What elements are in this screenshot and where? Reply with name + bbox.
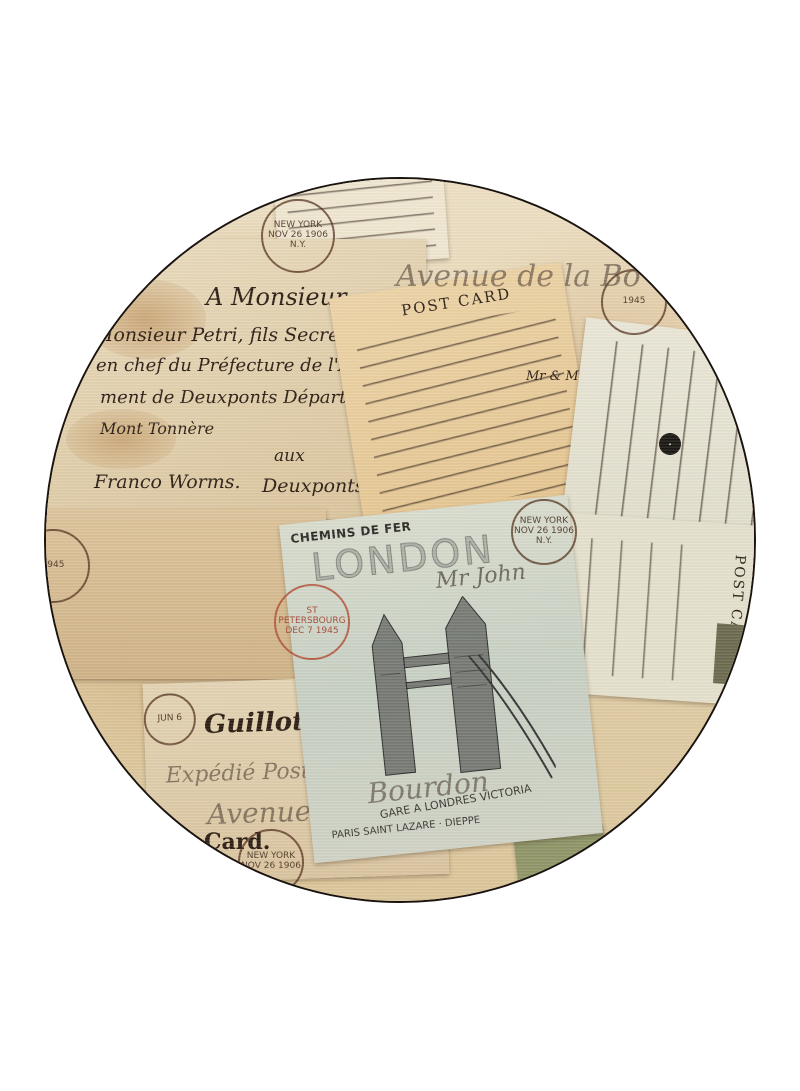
postmark: NEW YORK NOV 26 1906 N.Y.: [261, 199, 335, 273]
brand-logo-icon: ◆: [659, 433, 681, 455]
london-footer-left: PARIS SAINT LAZARE · DIEPPE: [331, 815, 481, 842]
round-rug: ital A Monsieur Monsieur Petri, fils Sec…: [44, 177, 756, 903]
postmark: NEW YORK NOV 26 1906: [238, 829, 304, 895]
letter-line-8: Deuxponts.: [262, 475, 371, 497]
postmark: NEW YORK NOV 26 1906 N.Y.: [511, 499, 577, 565]
postmark-red: ST PETERSBOURG DEC 7 1945: [274, 584, 350, 660]
handwriting: [355, 306, 582, 517]
postage-stamp: [713, 623, 756, 686]
letter-line-6: aux: [274, 446, 305, 466]
postmark: JUN 6: [143, 692, 197, 746]
postmark: 1945: [601, 269, 667, 335]
script-fragment: ital: [126, 179, 201, 233]
postmark: 1945: [44, 529, 90, 603]
letter-line-7: Franco Worms.: [94, 471, 241, 493]
letter-line-1: A Monsieur: [206, 283, 347, 311]
letter-line-5: Mont Tonnère: [100, 419, 214, 438]
